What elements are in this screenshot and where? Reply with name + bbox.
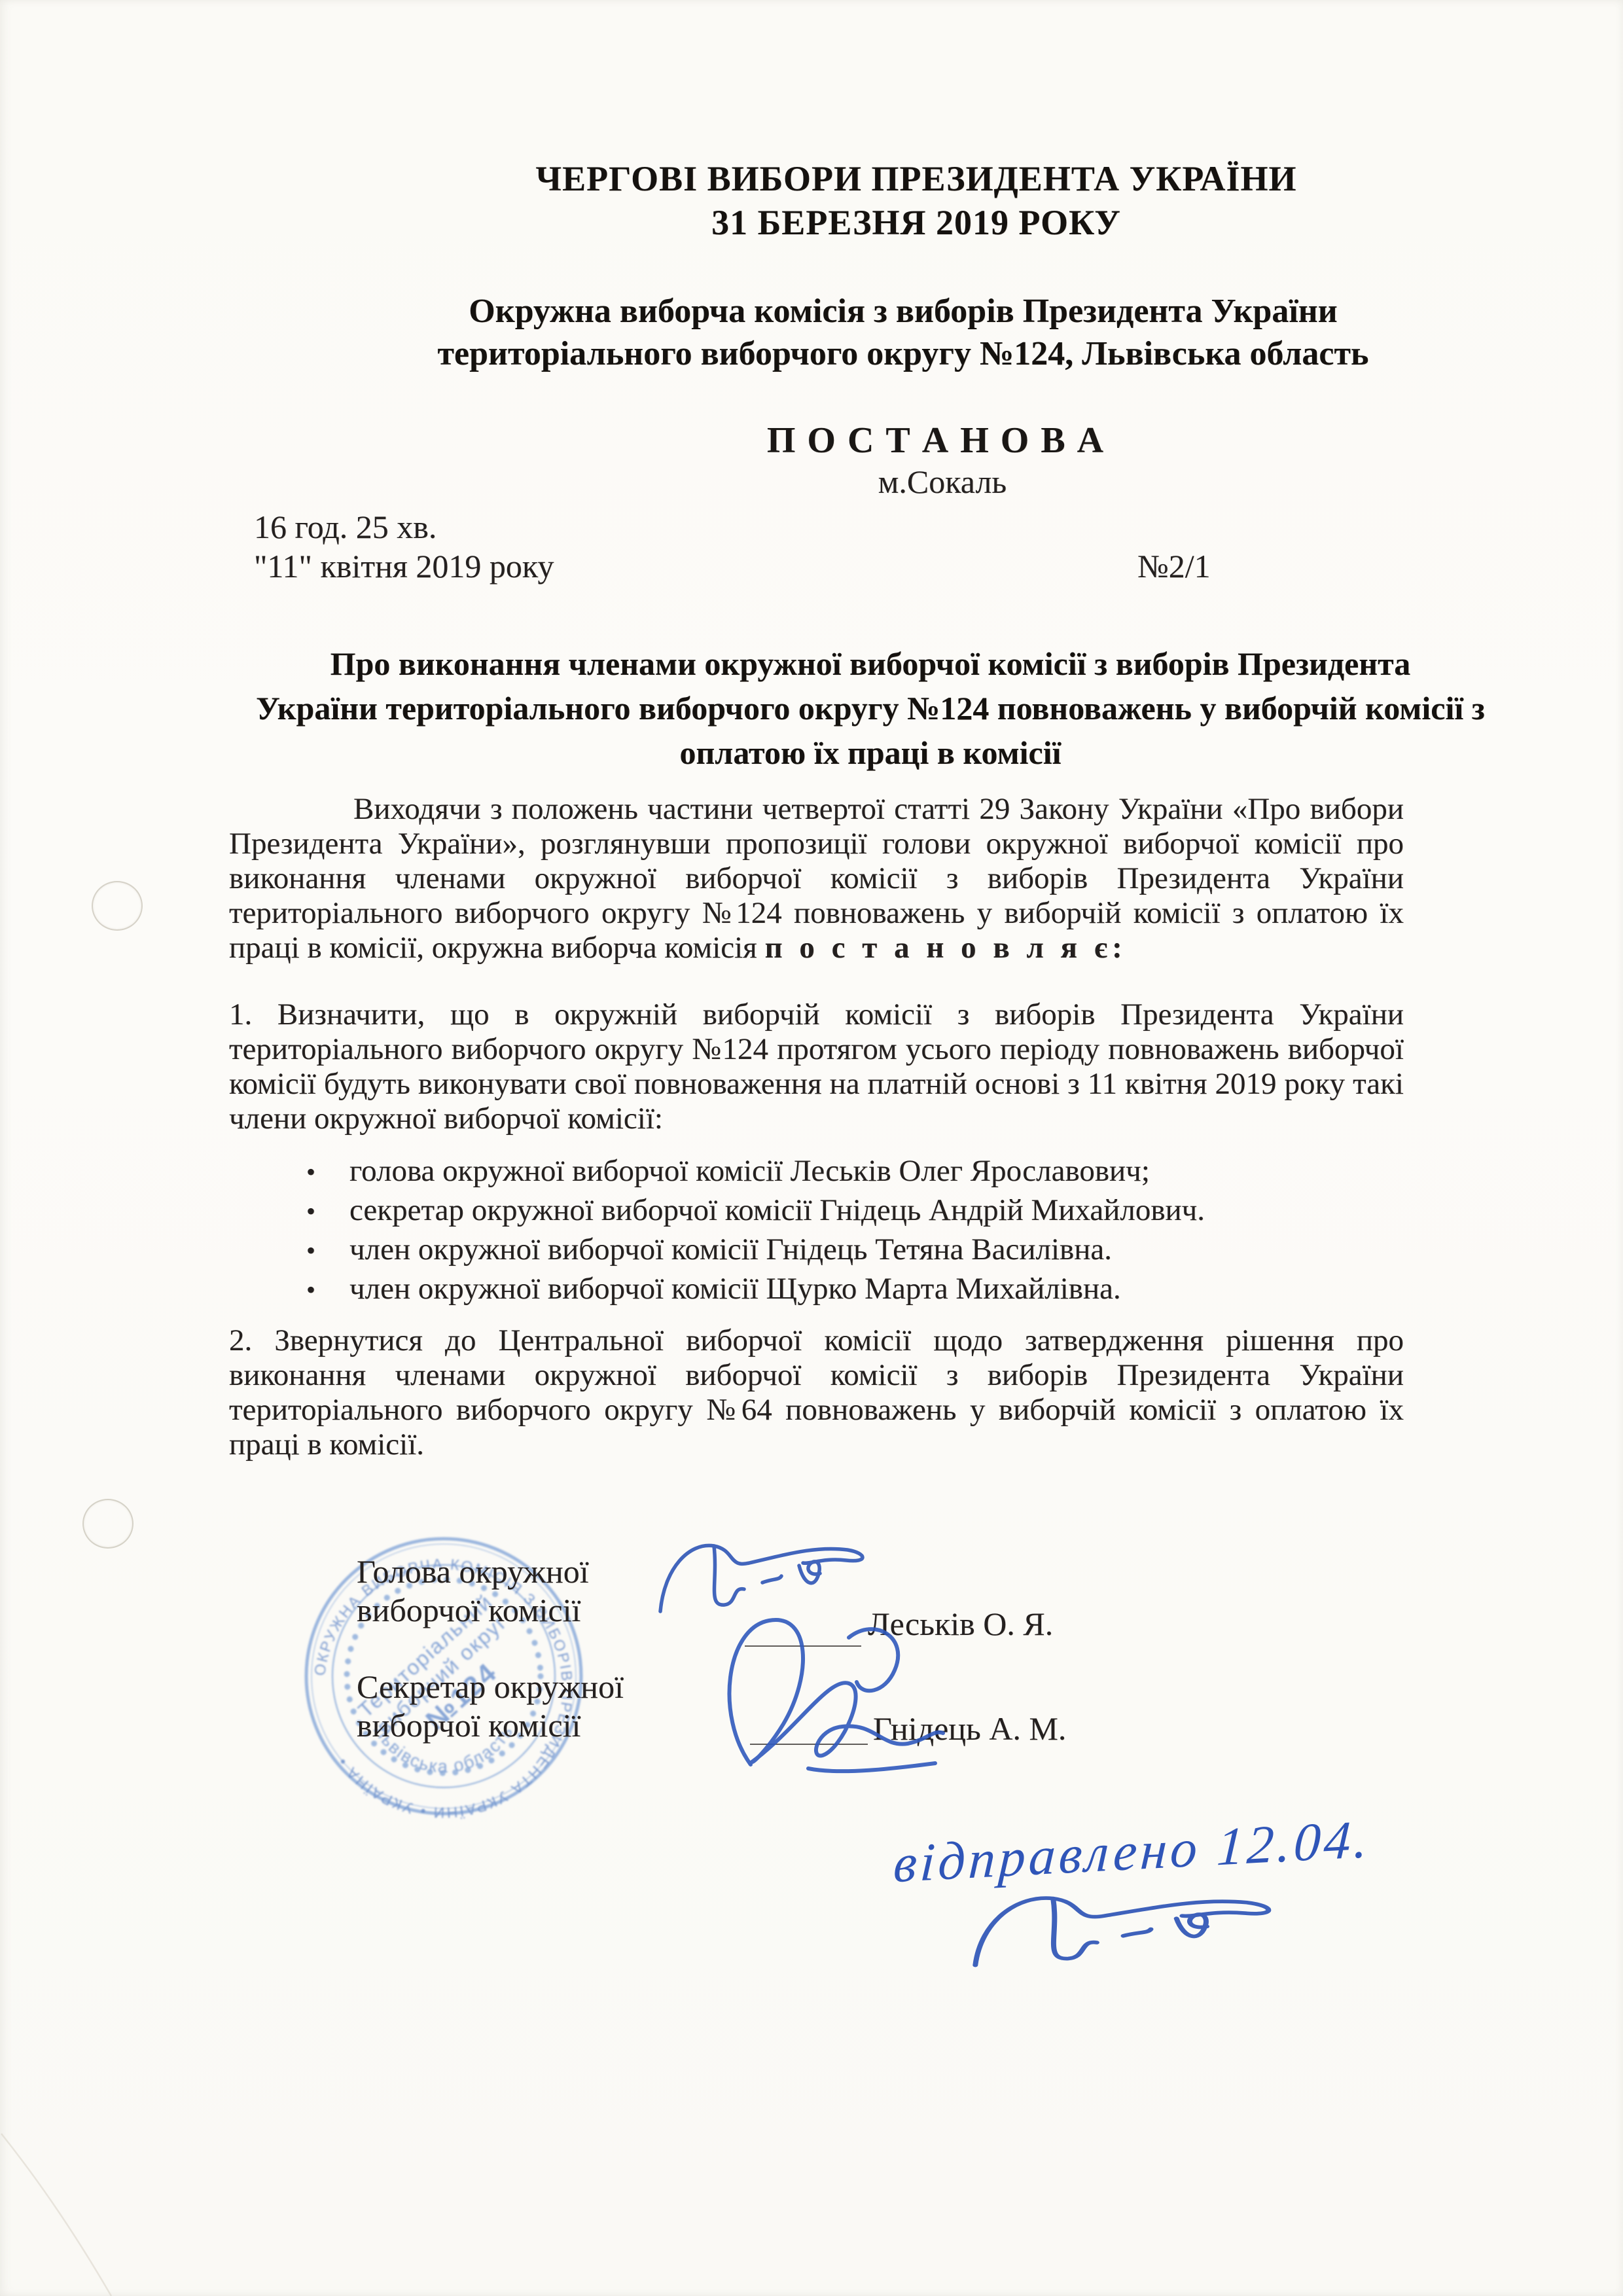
act-city: м.Сокаль	[229, 463, 1623, 501]
role-line: виборчої комісії	[357, 1706, 624, 1745]
role-line: Голова окружної	[357, 1552, 589, 1591]
signature-role-chairman: Голова окружної виборчої комісії	[357, 1552, 589, 1630]
resolution-item-1: 1. Визначити, що в окружній виборчій ком…	[229, 997, 1404, 1136]
election-header-line1: ЧЕРГОВІ ВИБОРИ ПРЕЗИДЕНТА УКРАЇНИ	[203, 158, 1623, 199]
bullet-icon: •	[306, 1157, 349, 1187]
list-item: • член окружної виборчої комісії Гнідець…	[306, 1232, 1412, 1271]
preamble-resolves-word: п о с т а н о в л я є:	[765, 931, 1127, 965]
member-entry: секретар окружної виборчої комісії Гніде…	[349, 1193, 1205, 1228]
commission-name-line1: Окружна виборча комісія з виборів Презид…	[190, 292, 1616, 331]
punch-hole	[92, 881, 143, 931]
list-item: • член окружної виборчої комісії Щурко М…	[306, 1271, 1412, 1310]
member-entry: член окружної виборчої комісії Щурко Мар…	[349, 1271, 1121, 1306]
bullet-icon: •	[306, 1274, 349, 1305]
bullet-icon: •	[306, 1235, 349, 1266]
act-time: 16 год. 25 хв.	[254, 508, 437, 546]
role-line: Секретар окружної	[357, 1668, 624, 1706]
members-list: • голова окружної виборчої комісії Леськ…	[306, 1153, 1412, 1310]
role-line: виборчої комісії	[357, 1591, 589, 1630]
commission-name-line2: територіального виборчого округу №124, Л…	[190, 334, 1616, 373]
bullet-icon: •	[306, 1196, 349, 1227]
act-date: "11" квітня 2019 року	[254, 547, 554, 585]
handwritten-signature	[955, 1871, 1283, 2001]
secretary-signature	[710, 1597, 952, 1793]
election-header-line2: 31 БЕРЕЗНЯ 2019 РОКУ	[203, 202, 1623, 243]
preamble-paragraph: Виходячи з положень частини четвертої ст…	[229, 792, 1404, 965]
subject-line3: оплатою їх праці в комісії	[151, 734, 1590, 772]
list-item: • секретар окружної виборчої комісії Гні…	[306, 1193, 1412, 1232]
act-number: №2/1	[1137, 547, 1211, 585]
member-entry: голова окружної виборчої комісії Леськів…	[349, 1153, 1150, 1189]
resolution-item-2: 2. Звернутися до Центральної виборчої ко…	[229, 1323, 1404, 1462]
scanned-document-page: { "doc": { "header_lines": [ "ЧЕРГОВІ ВИ…	[0, 0, 1623, 2296]
punch-hole	[82, 1499, 134, 1549]
act-type-title: П О С Т А Н О В А	[223, 420, 1623, 461]
page-crease	[0, 2108, 170, 2296]
signature-role-secretary: Секретар окружної виборчої комісії	[357, 1668, 624, 1745]
subject-line2: України територіального виборчого округу…	[151, 689, 1590, 727]
list-item: • голова окружної виборчої комісії Леськ…	[306, 1153, 1412, 1193]
member-entry: член окружної виборчої комісії Гнідець Т…	[349, 1232, 1112, 1267]
subject-line1: Про виконання членами окружної виборчої …	[151, 645, 1590, 683]
